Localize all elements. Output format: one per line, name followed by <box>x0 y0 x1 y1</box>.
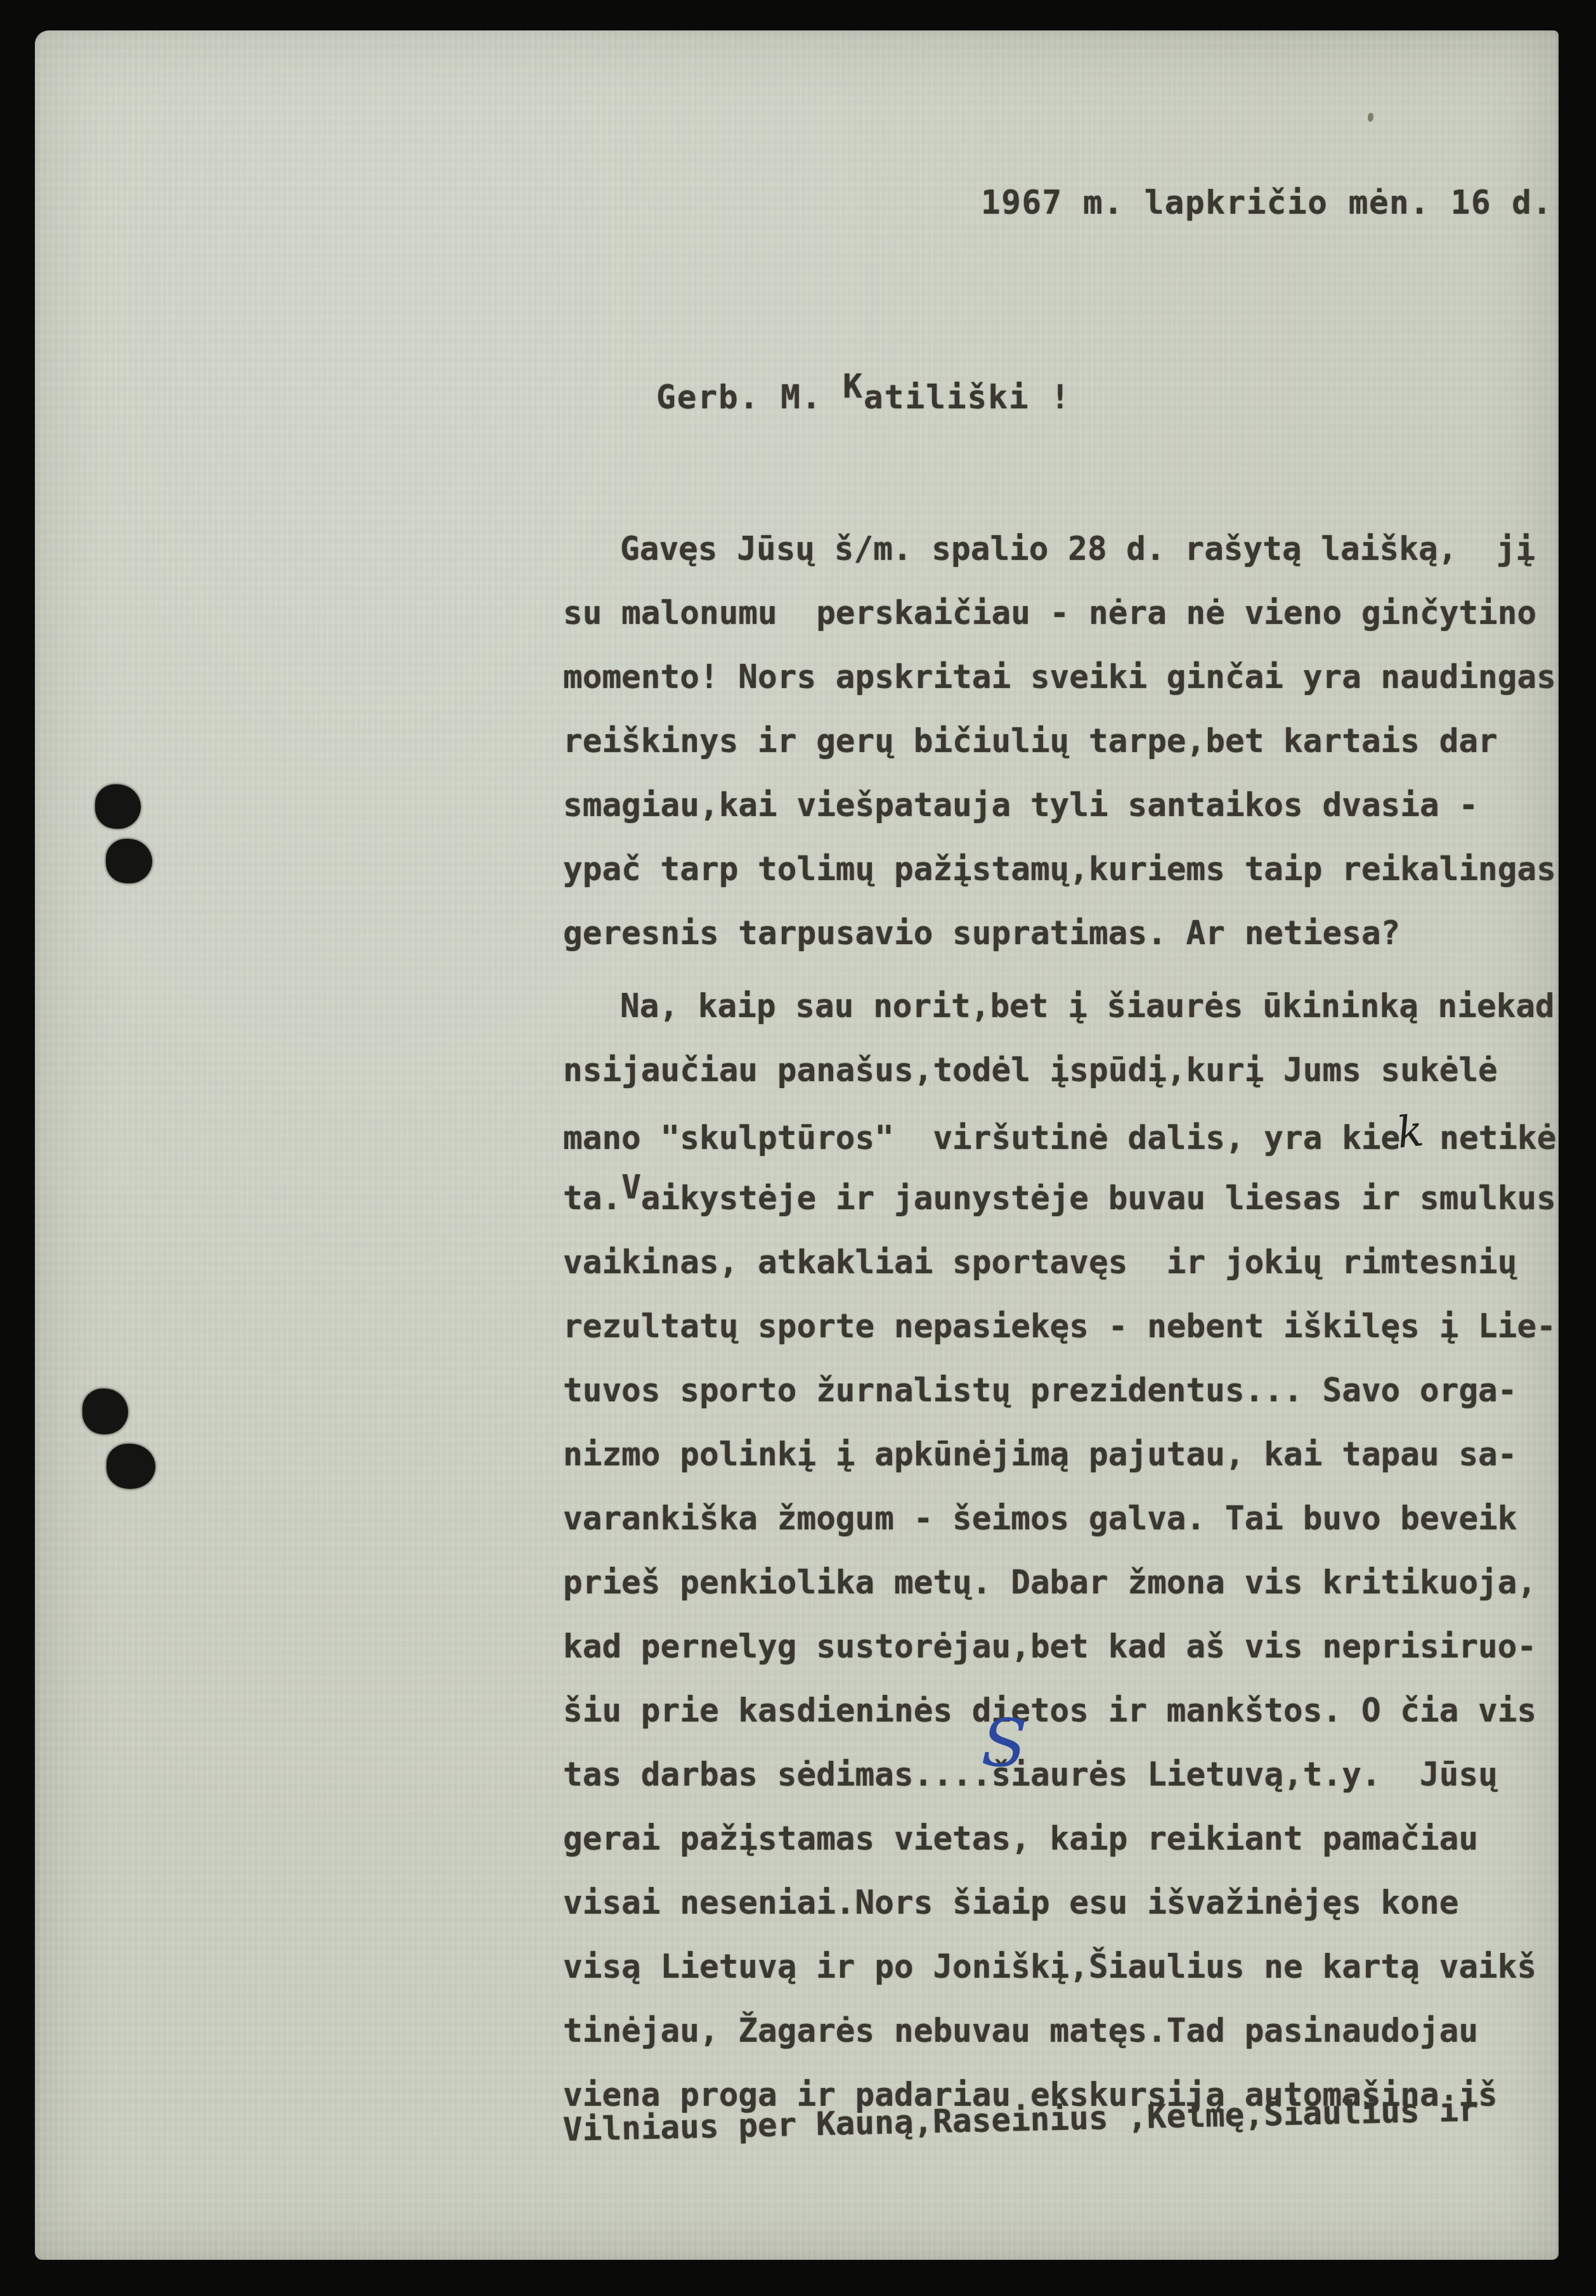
letter-line: nsijaučiau panašus,todėl įspūdį,kurį Jum… <box>563 1039 1564 1103</box>
typed-text: šiu prie kasdieninės dietos ir mankštos.… <box>563 1692 1536 1730</box>
typed-text: Gavęs Jūsų š/m. spalio 28 d. rašytą laiš… <box>620 531 1535 568</box>
punch-hole-mark <box>106 839 152 883</box>
typed-text: varankiška žmogum - šeimos galva. Tai bu… <box>563 1500 1517 1538</box>
typed-text: visą Lietuvą ir po Joniškį,Šiaulius ne k… <box>563 1949 1536 1986</box>
letter-line: rezultatų sporte nepasiekęs - nebent išk… <box>563 1295 1564 1359</box>
salutation: Gerb. M. Katiliški ! <box>656 366 1071 430</box>
letter-line: smagiau,kai viešpatauja tyli santaikos d… <box>563 774 1564 838</box>
typed-text: tuvos sporto žurnalistų prezidentus... S… <box>563 1372 1517 1410</box>
letter-line: momento! Nors apskritai sveiki ginčai yr… <box>563 645 1564 710</box>
letter-line: gerai pažįstamas vietas, kaip reikiant p… <box>563 1807 1564 1871</box>
letter-line: visą Lietuvą ir po Joniškį,Šiaulius ne k… <box>563 1935 1564 1999</box>
salutation-rest: atiliški ! <box>864 379 1071 417</box>
scanned-letter: 1967 m. lapkričio mėn. 16 d. Gerb. M. Ka… <box>0 0 1596 2296</box>
salutation-raised-initial: K <box>843 368 864 406</box>
letter-line: vaikinas, atkakliai sportavęs ir jokių r… <box>563 1231 1564 1295</box>
typed-text: Vilniaus per Kauną,Raseinius ,Kelmę,Šiau… <box>562 2092 1478 2149</box>
typed-text: prieš penkiolika metų. Dabar žmona vis k… <box>563 1564 1536 1602</box>
letter-line: geresnis tarpusavio supratimas. Ar netie… <box>563 902 1564 966</box>
letter-line: Gavęs Jūsų š/m. spalio 28 d. rašytą laiš… <box>563 517 1564 581</box>
typed-text: rezultatų sporte nepasiekęs - nebent išk… <box>563 1308 1556 1346</box>
handwritten-blue-correction: šS <box>992 1743 1011 1807</box>
typed-text: smagiau,kai viešpatauja tyli santaikos d… <box>563 787 1478 824</box>
raised-character: V <box>621 1169 641 1207</box>
punch-hole-mark <box>82 1389 128 1434</box>
typed-text: su malonumu perskaičiau - nėra nė vieno … <box>563 595 1536 632</box>
typed-text: geresnis tarpusavio supratimas. Ar netie… <box>563 915 1400 952</box>
typed-text: Na, kaip sau norit,bet į šiaurės ūkinink… <box>620 988 1555 1025</box>
handwritten-correction: k <box>1394 1099 1427 1165</box>
letter-line: šiu prie kasdieninės dietos ir mankštos.… <box>563 1679 1564 1743</box>
letter-line: tinėjau, Žagarės nebuvau matęs.Tad pasin… <box>563 1999 1564 2063</box>
typed-text: iaurės Lietuvą,t.y. Jūsų <box>1011 1756 1498 1794</box>
typed-text: ypač tarp tolimų pažįstamų,kuriems taip … <box>563 851 1556 888</box>
letter-line: su malonumu perskaičiau - nėra nė vieno … <box>563 581 1564 645</box>
date-line: 1967 m. lapkričio mėn. 16 d. <box>981 171 1553 235</box>
salutation-prefix: Gerb. M. <box>656 379 843 417</box>
typed-text: momento! Nors apskritai sveiki ginčai yr… <box>563 659 1556 696</box>
typed-text: reiškinys ir gerų bičiulių tarpe,bet kar… <box>563 723 1498 760</box>
typed-text: nsijaučiau panašus,todėl įspūdį,kurį Jum… <box>563 1052 1498 1089</box>
paper: 1967 m. lapkričio mėn. 16 d. Gerb. M. Ka… <box>35 30 1559 2260</box>
letter-body: Gavęs Jūsų š/m. spalio 28 d. rašytą laiš… <box>563 517 1564 2162</box>
typed-text: tinėjau, Žagarės nebuvau matęs.Tad pasin… <box>563 2013 1478 2050</box>
letter-line: ypač tarp tolimų pažįstamų,kuriems taip … <box>563 838 1564 902</box>
letter-line: visai neseniai.Nors šiaip esu išvažinėję… <box>563 1871 1564 1935</box>
typed-text: visai neseniai.Nors šiaip esu išvažinėję… <box>563 1884 1458 1922</box>
punch-hole-mark <box>95 784 141 829</box>
letter-line: ta.Vaikystėje ir jaunystėje buvau liesas… <box>563 1167 1564 1231</box>
letter-line: nizmo polinkį į apkūnėjimą pajutau, kai … <box>563 1423 1564 1487</box>
letter-line: Na, kaip sau norit,bet į šiaurės ūkinink… <box>563 975 1564 1039</box>
typed-text: nizmo polinkį į apkūnėjimą pajutau, kai … <box>563 1436 1517 1474</box>
letter-line: mano "skulptūros" viršutinė dalis, yra k… <box>563 1103 1564 1167</box>
scan-speck <box>1368 113 1373 122</box>
letter-line: reiškinys ir gerų bičiulių tarpe,bet kar… <box>563 710 1564 774</box>
letter-line: tas darbas sėdimas....šSiaurės Lietuvą,t… <box>563 1743 1564 1807</box>
typed-text: aikystėje ir jaunystėje buvau liesas ir … <box>641 1180 1556 1217</box>
typed-text: netikė <box>1420 1120 1557 1157</box>
letter-line: tuvos sporto žurnalistų prezidentus... S… <box>563 1359 1564 1423</box>
typed-text: ta. <box>563 1180 621 1217</box>
typed-text: vaikinas, atkakliai sportavęs ir jokių r… <box>563 1244 1517 1281</box>
letter-line: kad pernelyg sustorėjau,bet kad aš vis n… <box>563 1615 1564 1679</box>
letter-line: varankiška žmogum - šeimos galva. Tai bu… <box>563 1487 1564 1551</box>
typed-text: gerai pažįstamas vietas, kaip reikiant p… <box>563 1820 1478 1858</box>
blue-ink-letter: S <box>980 1709 1028 1777</box>
letter-line: prieš penkiolika metų. Dabar žmona vis k… <box>563 1551 1564 1615</box>
typed-text: tas darbas sėdimas.... <box>563 1756 992 1794</box>
typed-text: mano "skulptūros" viršutinė dalis, yra k… <box>563 1120 1400 1157</box>
typed-text: kad pernelyg sustorėjau,bet kad aš vis n… <box>563 1628 1536 1666</box>
punch-hole-mark <box>107 1444 155 1489</box>
